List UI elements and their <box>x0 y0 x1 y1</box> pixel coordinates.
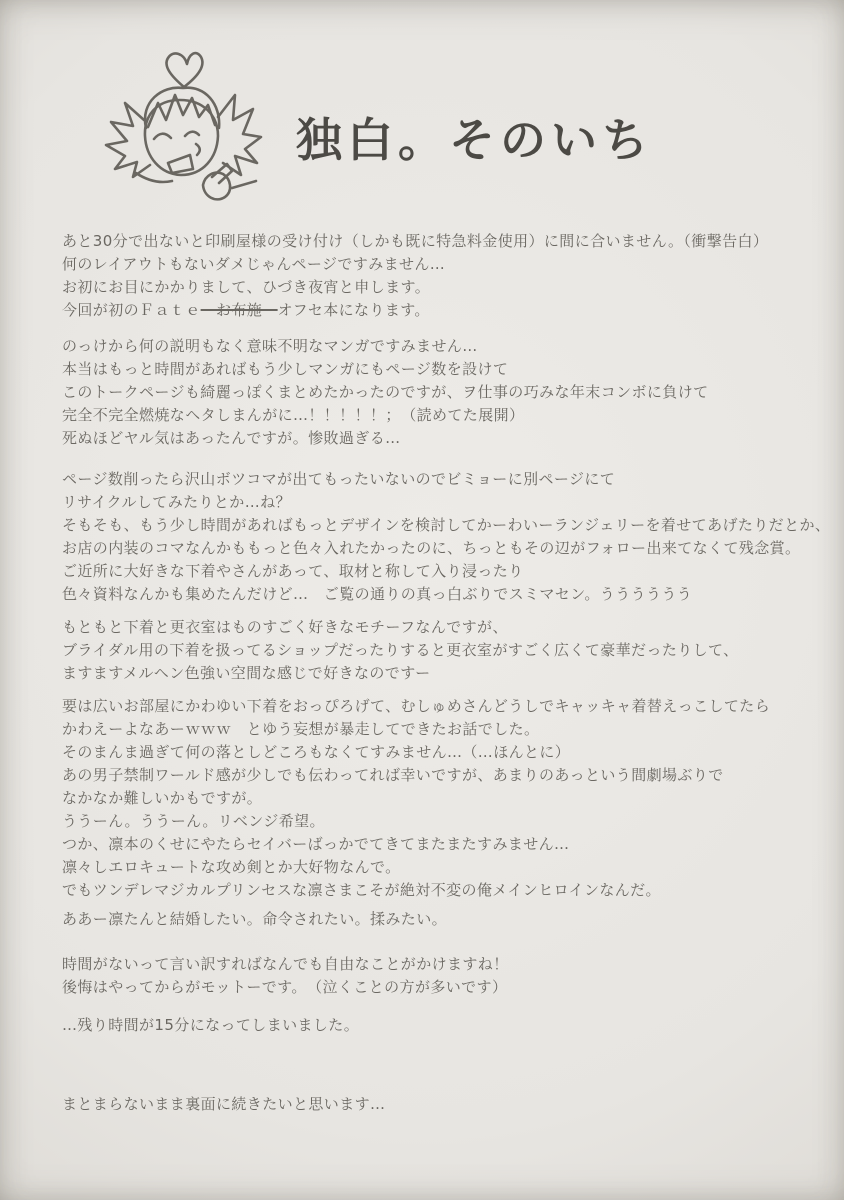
text-segment: あと30分で出ないと印刷屋様の受け付け（しかも既に特急料金使用）に間に合いません… <box>62 232 768 250</box>
text-segment: 本当はもっと時間があればもう少しマンガにもページ数を設けて <box>62 360 508 378</box>
paragraph: のっけから何の説明もなく意味不明なマンガですみません…本当はもっと時間があればも… <box>62 335 824 450</box>
text-line: ブライダル用の下着を扱ってるショップだったりすると更衣室がすごく広くて豪華だった… <box>62 639 824 662</box>
text-segment: 今回が初のＦａｔｅ <box>62 301 201 319</box>
text-segment: 後悔はやってからがモットーです。 （泣くことの方が多いです） <box>62 978 507 996</box>
text-line: あの男子禁制ワールド感が少しでも伝わってれば幸いですが、あまりのあっという間劇場… <box>62 764 824 787</box>
paragraph: ああー凛たんと結婚したい。命令されたい。揉みたい。 <box>62 908 824 931</box>
text-segment: 色々資料なんかも集めたんだけど… ご覧の通りの真っ白ぶりでスミマセン。ううううう… <box>62 585 692 603</box>
text-segment: もともと下着と更衣室はものすごく好きなモチーフなんですが、 <box>62 618 508 636</box>
page-title: 独白。そのいち <box>296 104 653 170</box>
text-line: ご近所に大好きな下着やさんがあって、取材と称して入り浸ったり <box>62 560 824 583</box>
text-line: …残り時間が15分になってしまいました。 <box>62 1014 824 1037</box>
text-segment: 何のレイアウトもないダメじゃんページですみません… <box>62 255 445 273</box>
text-segment: まとまらないまま裏面に続きたいと思います… <box>62 1095 385 1113</box>
paragraph: つか、凛本のくせにやたらセイバーばっかでてきてまたまたすみません…凛々しエロキュ… <box>62 833 824 902</box>
paragraph: まとまらないまま裏面に続きたいと思います… <box>62 1093 824 1116</box>
text-line: 今回が初のＦａｔｅ－お布施－オフセ本になります。 <box>62 299 824 322</box>
text-line: そのまんま過ぎて何の落としどころもなくてすみません…（…ほんとに） <box>62 741 824 764</box>
struck-text: －お布施－ <box>201 301 278 319</box>
text-segment: あの男子禁制ワールド感が少しでも伝わってれば幸いですが、あまりのあっという間劇場… <box>62 766 724 784</box>
text-line: ますますメルヘン色強い空間な感じで好きなのですー <box>62 662 824 685</box>
text-line: 時間がないって言い訳すればなんでも自由なことがかけますね！ <box>62 953 824 976</box>
paragraph: もともと下着と更衣室はものすごく好きなモチーフなんですが、ブライダル用の下着を扱… <box>62 616 824 685</box>
text-line: 凛々しエロキュートな攻め剣とか大好物なんで。 <box>62 856 824 879</box>
text-line: もともと下着と更衣室はものすごく好きなモチーフなんですが、 <box>62 616 824 639</box>
text-line: 本当はもっと時間があればもう少しマンガにもページ数を設けて <box>62 358 824 381</box>
text-segment: そもそも、もう少し時間があればもっとデザインを検討してかーわいーランジェリーを着… <box>62 516 830 534</box>
text-segment: ああー凛たんと結婚したい。命令されたい。揉みたい。 <box>62 910 447 928</box>
text-segment: このトークページも綺麗っぽくまとめたかったのですが、ヲ仕事の巧みな年末コンボに負… <box>62 383 709 401</box>
text-line: 何のレイアウトもないダメじゃんページですみません… <box>62 253 824 276</box>
text-segment: でもツンデレマジカルプリンセスな凛さまこそが絶対不変の俺メインヒロインなんだ。 <box>62 881 661 899</box>
text-segment: リサイクルしてみたりとか…ね？ <box>62 493 291 511</box>
chibi-girl-doodle <box>84 44 276 222</box>
text-segment: のっけから何の説明もなく意味不明なマンガですみません… <box>62 337 478 355</box>
text-line: なかなか難しいかもですが。 <box>62 787 824 810</box>
text-line: 完全不完全燃焼なヘタしまんがに…！！！！！； （読めてた展開） <box>62 404 824 427</box>
paragraph: ページ数削ったら沢山ボツコマが出てもったいないのでビミョーに別ページにてリサイク… <box>62 468 824 606</box>
text-segment: オフセ本になります。 <box>278 301 430 319</box>
text-segment: 完全不完全燃焼なヘタしまんがに…！！！！！； （読めてた展開） <box>62 406 524 424</box>
scanned-page: 独白。そのいち あと30分で出ないと印刷屋様の受け付け（しかも既に特急料金使用）… <box>0 0 844 1200</box>
text-line: つか、凛本のくせにやたらセイバーばっかでてきてまたまたすみません… <box>62 833 824 856</box>
text-segment: なかなか難しいかもですが。 <box>62 789 262 807</box>
text-segment: かわえーよなあーｗｗｗ とゆう妄想が暴走してできたお話でした。 <box>62 720 539 738</box>
text-segment: 凛々しエロキュートな攻め剣とか大好物なんで。 <box>62 858 401 876</box>
text-segment: ページ数削ったら沢山ボツコマが出てもったいないのでビミョーに別ページにて <box>62 470 615 488</box>
text-line: 色々資料なんかも集めたんだけど… ご覧の通りの真っ白ぶりでスミマセン。ううううう… <box>62 583 824 606</box>
text-segment: ううーん。ううーん。リベンジ希望。 <box>62 812 325 830</box>
text-line: お店の内装のコマなんかももっと色々入れたかったのに、ちっともその辺がフォロー出来… <box>62 537 824 560</box>
text-segment: …残り時間が15分になってしまいました。 <box>62 1016 359 1034</box>
text-line: リサイクルしてみたりとか…ね？ <box>62 491 824 514</box>
text-line: 要は広いお部屋にかわゆい下着をおっぴろげて、むしゅめさんどうしでキャッキャ着替え… <box>62 695 824 718</box>
text-line: 後悔はやってからがモットーです。 （泣くことの方が多いです） <box>62 976 824 999</box>
paragraph: 要は広いお部屋にかわゆい下着をおっぴろげて、むしゅめさんどうしでキャッキャ着替え… <box>62 695 824 833</box>
paragraph: あと30分で出ないと印刷屋様の受け付け（しかも既に特急料金使用）に間に合いません… <box>62 230 824 322</box>
text-segment: つか、凛本のくせにやたらセイバーばっかでてきてまたまたすみません… <box>62 835 569 853</box>
text-segment: お店の内装のコマなんかももっと色々入れたかったのに、ちっともその辺がフォロー出来… <box>62 539 800 557</box>
text-segment: 死ぬほどヤル気はあったんですが。惨敗過ぎる… <box>62 429 401 447</box>
text-line: このトークページも綺麗っぽくまとめたかったのですが、ヲ仕事の巧みな年末コンボに負… <box>62 381 824 404</box>
paragraph: …残り時間が15分になってしまいました。 <box>62 1014 824 1037</box>
text-segment: ご近所に大好きな下着やさんがあって、取材と称して入り浸ったり <box>62 562 524 580</box>
text-segment: お初にお目にかかりまして、ひづき夜宵と申します。 <box>62 278 430 296</box>
text-segment: ブライダル用の下着を扱ってるショップだったりすると更衣室がすごく広くて豪華だった… <box>62 641 739 659</box>
text-segment: 要は広いお部屋にかわゆい下着をおっぴろげて、むしゅめさんどうしでキャッキャ着替え… <box>62 697 770 715</box>
heart-icon <box>166 53 202 87</box>
text-line: あと30分で出ないと印刷屋様の受け付け（しかも既に特急料金使用）に間に合いません… <box>62 230 824 253</box>
text-line: ああー凛たんと結婚したい。命令されたい。揉みたい。 <box>62 908 824 931</box>
paragraph: 時間がないって言い訳すればなんでも自由なことがかけますね！後悔はやってからがモッ… <box>62 953 824 999</box>
text-line: ページ数削ったら沢山ボツコマが出てもったいないのでビミョーに別ページにて <box>62 468 824 491</box>
text-line: のっけから何の説明もなく意味不明なマンガですみません… <box>62 335 824 358</box>
text-segment: そのまんま過ぎて何の落としどころもなくてすみません…（…ほんとに） <box>62 743 570 761</box>
text-segment: ますますメルヘン色強い空間な感じで好きなのですー <box>62 664 431 682</box>
text-line: まとまらないまま裏面に続きたいと思います… <box>62 1093 824 1116</box>
text-line: そもそも、もう少し時間があればもっとデザインを検討してかーわいーランジェリーを着… <box>62 514 824 537</box>
text-segment: 時間がないって言い訳すればなんでも自由なことがかけますね！ <box>62 955 509 973</box>
text-line: ううーん。ううーん。リベンジ希望。 <box>62 810 824 833</box>
text-line: 死ぬほどヤル気はあったんですが。惨敗過ぎる… <box>62 427 824 450</box>
text-line: お初にお目にかかりまして、ひづき夜宵と申します。 <box>62 276 824 299</box>
text-line: かわえーよなあーｗｗｗ とゆう妄想が暴走してできたお話でした。 <box>62 718 824 741</box>
text-line: でもツンデレマジカルプリンセスな凛さまこそが絶対不変の俺メインヒロインなんだ。 <box>62 879 824 902</box>
